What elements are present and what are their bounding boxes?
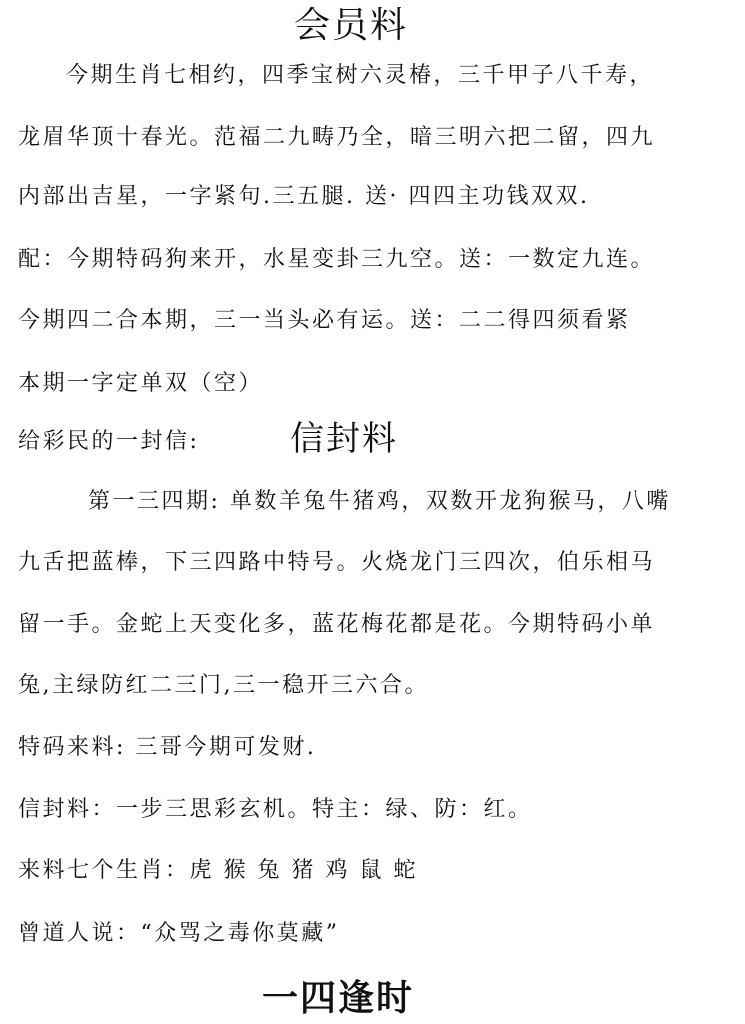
special-code-line: 特码来料: 三哥今期可发财.: [18, 734, 316, 762]
envelope-line: 信封料：一步三思彩玄机。特主：绿、防：红。: [18, 796, 533, 824]
section-title-envelope: 信封料: [290, 419, 398, 459]
text-line: 第一三四期: 单数羊兔牛猪鸡，双数开龙狗猴马，八嘴: [88, 488, 671, 516]
text-line: 今期四二合本期，三一当头必有运。送：二二得四须看紧: [18, 307, 631, 335]
text-line: 九舌把蓝棒，下三四路中特号。火烧龙门三四次，伯乐相马: [18, 549, 655, 577]
letter-intro-label: 给彩民的一封信:: [18, 428, 199, 456]
text-line: 内部出吉星，一字紧句.三五腿. 送· 四四主功钱双双.: [18, 183, 589, 211]
section-title-member: 会员料: [294, 6, 408, 46]
text-line: 本期一字定单双（空）: [18, 370, 263, 398]
section-title-bottom: 一四逢时: [262, 978, 414, 1018]
text-line: 今期生肖七相约，四季宝树六灵椿，三千甲子八千寿，: [66, 62, 654, 90]
quote-line: 曾道人说：“众骂之毒你莫藏”: [18, 920, 340, 948]
text-line: 龙眉华顶十春光。范福二九畴乃全，暗三明六把二留，四九: [18, 124, 655, 152]
zodiac-line: 来料七个生肖：虎 猴 兔 猪 鸡 鼠 蛇: [18, 857, 418, 885]
text-line: 留一手。金蛇上天变化多，蓝花梅花都是花。今期特码小单: [18, 611, 655, 639]
text-line: 配：今期特码狗来开，水星变卦三九空。送：一数定九连。: [18, 246, 655, 274]
text-line: 兔,主绿防红二三门,三一稳开三六合。: [18, 672, 429, 700]
